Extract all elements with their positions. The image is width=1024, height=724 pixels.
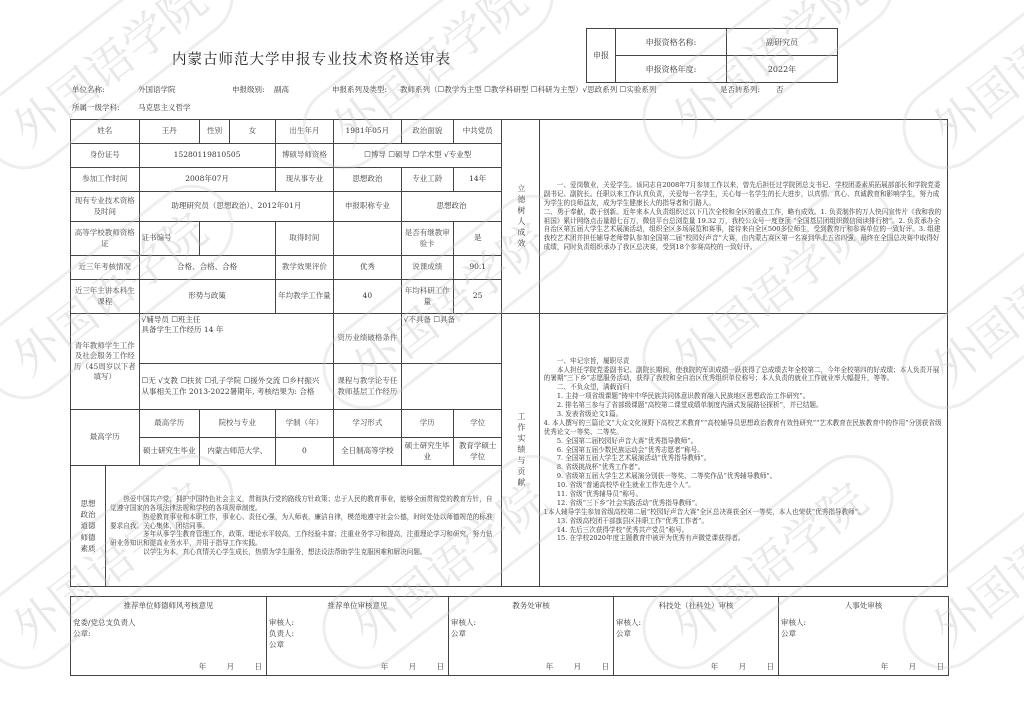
edu-value: 教育学硕士学位 (454, 438, 502, 466)
approval-field: 审核人: (269, 617, 446, 628)
achievement-line: 12. 省级“三下乡”社会实践活动“优秀指导教师”。 (544, 499, 943, 508)
achievement-line: 4. 本人撰写的三篇论文“大众文化视野下高校艺术教育”“高校辅导员思想政治教育有… (544, 419, 943, 437)
qualification-year-label: 申报资格年度: (616, 56, 727, 83)
achievements-label-cell: 工作实绩与贡献 (502, 314, 539, 587)
continuing-label: 是否有继教审验卡 (401, 222, 453, 256)
approval-cell: 推荐单位审核意见审核人:负责人:公章年 月 日 (267, 597, 449, 676)
current-title-label: 现有专业技术资格及时间 (71, 192, 140, 222)
discipline-value: 马克思主义哲学 (138, 102, 191, 113)
achievements-label: 工作实绩与贡献 (515, 412, 526, 489)
moral-paragraph: 热爱中国共产党，拥护中国特色社会主义，贯彻执行党的路线方针政策；忠于人民的教育事… (110, 495, 497, 513)
birth-value: 1981年05月 (334, 120, 402, 144)
edu-value: 硕士研究生毕业 (139, 438, 199, 466)
approval-field: 公章 (781, 628, 946, 639)
grassroots-label: 课程与教学论专任教师基层工作经历 (334, 364, 402, 410)
achievement-line: 10. 省级“普通高校毕业生就业工作先进个人”。 (544, 481, 943, 490)
achievement-line: 8. 省级挑战杯“优秀工作者”。 (544, 463, 943, 472)
work-start-label: 参加工作时间 (71, 168, 140, 192)
approval-field: 公章: (73, 628, 264, 639)
approval-field: 审核人: (451, 617, 611, 628)
moral-paragraph: 热爱教育事业和本职工作，事业心、责任心强，为人师表，廉洁自律，模范地遵守社会公德… (110, 513, 497, 531)
edu-value: 0 (275, 438, 333, 466)
approval-field: 公章 (269, 639, 446, 650)
edu-header: 学习形式 (334, 410, 402, 438)
approval-title: 科技处（社科处）审核 (616, 600, 776, 611)
lide-paragraph: 二、勇于奉献，敢于创新。近年来本人负责组织过以下几次全校和全区的重点工作，略有成… (544, 208, 943, 252)
achievement-line: 15. 在学校2020年度主题教育中被评为优秀有声微党课获得者。 (544, 534, 943, 543)
lide-content: 一、爱岗敬业，关爱学生。该同志自2008年7月参加工作以来，曾先后担任过学院团总… (539, 120, 947, 314)
gender-label: 性别 (200, 120, 230, 144)
achievement-line: 二、不负众望，满载而归 (544, 383, 943, 392)
political-label: 政治面貌 (401, 120, 453, 144)
years-value: 14年 (454, 168, 502, 192)
apply-major-label: 申报职称专业 (334, 192, 402, 222)
student-work-value: √辅导员 ☐班主任 (142, 315, 332, 325)
edu-header: 学制（年） (275, 410, 333, 438)
achievement-line: 1. 主持一项省级课题“铸牢中华民族共同体意识教育融入民族地区思想政治工作研究”… (544, 392, 943, 401)
student-years-value: 具备学生工作经历 14 年 (142, 325, 332, 335)
achievement-line: 11. 省级“优秀辅导员”称号。 (544, 490, 943, 499)
major-value: 思想政治 (334, 168, 402, 192)
approval-field: 负责人: (269, 628, 446, 639)
service-value: ☐无 √支教 ☐扶贫 ☐孔子学院 ☐援外交流 ☐乡村振兴 (142, 376, 332, 386)
approval-title: 推荐单位审核意见 (269, 600, 446, 611)
lide-label-cell: 立德树人成效 (502, 120, 539, 314)
major-label: 现从事专业 (275, 168, 333, 192)
moral-paragraph: 多年从事学生教育管理工作，政策、理论水平较高，工作经验丰富；注重业务学习和提高，… (110, 530, 497, 548)
edu-header: 院校与专业 (200, 410, 276, 438)
birth-label: 出生年月 (275, 120, 333, 144)
cert-no-label: 证书编号 (139, 222, 199, 256)
exception-label: 资历业绩破格条件 (334, 314, 402, 364)
current-title-value: 助理研究员（思想政治）、2012年01月 (139, 192, 334, 222)
edu-header: 最高学历 (139, 410, 199, 438)
cert-label: 高等学校教师资格证 (71, 222, 140, 256)
approval-field: 公章 (616, 628, 776, 639)
grassroots-value (401, 364, 502, 410)
student-work-cell: √辅导员 ☐班主任 具备学生工作经历 14 年 (139, 314, 334, 364)
shenbao-side-label: 申报 (587, 29, 616, 83)
youth-label: 青年教师学生工作及社会服务工作经历（45周岁以下者填写） (71, 314, 140, 410)
teach-load-value: 40 (334, 280, 402, 314)
cert-no-value (200, 222, 276, 256)
unit-label: 单位名称: (72, 84, 105, 95)
moral-label: 思想政治道德师德素质 (80, 498, 96, 554)
application-box: 申报 申报资格名称: 副研究员 申报资格年度: 2022年 (586, 28, 838, 83)
level-label: 申报级别: (232, 84, 265, 95)
approval-cell: 教务处审核审核人:公章年 月 日 (449, 597, 614, 676)
approval-title: 推荐单位师德师风考核意见 (73, 600, 264, 611)
approval-date: 年 月 日 (381, 661, 444, 672)
name-value: 王丹 (139, 120, 199, 144)
id-label: 身份证号 (71, 144, 140, 168)
edu-header: 学位 (454, 410, 502, 438)
course-value: 形势与政策 (139, 280, 275, 314)
assess-value: 合格、合格、合格 (139, 256, 275, 280)
approval-date: 年 月 日 (881, 661, 944, 672)
qualification-name-label: 申报资格名称: (616, 29, 727, 56)
lecture-label: 说课成绩 (401, 256, 453, 280)
education-label: 最高学历 (71, 410, 140, 466)
page-title: 内蒙古师范大学申报专业技术资格送审表 (172, 48, 451, 69)
achievement-line: 13. 省级高校团干部旗县区挂职工作“优秀工作者”。 (544, 517, 943, 526)
years-label: 专业工龄 (401, 168, 453, 192)
achievement-line: 2. 排名第三参与了省部级课题“高校第二课堂成绩单制度内涵式发展路径探析”，并已… (544, 401, 943, 410)
series-label: 申报系列及类型: (332, 84, 387, 95)
approval-field: 审核人: (616, 617, 776, 628)
edu-value: 内蒙古师范大学、 (200, 438, 276, 466)
achievements-content: 一、牢记宗旨，履职尽责本人担任学院党委副书记、副院长期间，使我院的军训成绩一跃获… (539, 314, 947, 587)
edu-value: 全日制高等学校 (334, 438, 402, 466)
unit-value: 外国语学院 (138, 84, 176, 95)
achievement-line: 本人担任学院党委副书记、副院长期间，使我院的军训成绩一跃获得了总成绩去年全校第二… (544, 366, 943, 384)
gender-value: 女 (230, 120, 275, 144)
discipline-label: 所属一级学科: (72, 102, 120, 113)
achievement-line: 1本人辅导学生参加省级高校第二届“校园好声音大赛”全区总决赛获全区一等奖，本人也… (544, 508, 943, 517)
continuing-value: 是 (454, 222, 502, 256)
service-cell: ☐无 √支教 ☐扶贫 ☐孔子学院 ☐援外交流 ☐乡村振兴 从事相关工作 2013… (139, 364, 334, 410)
course-label: 近三年主讲本科生课程 (71, 280, 140, 314)
approval-table: 推荐单位师德师风考核意见党委/党总支负责人公章:年 月 日推荐单位审核意见审核人… (70, 596, 949, 676)
moral-content: 热爱中国共产党，拥护中国特色社会主义，贯彻执行党的路线方针政策；忠于人民的教育事… (106, 466, 502, 586)
exception-value: √不具备 ☐具备 (401, 314, 502, 364)
main-form-table: 姓名 王丹 性别 女 出生年月 1981年05月 政治面貌 中共党员 立德树人成… (70, 119, 948, 587)
approval-field: 党委/党总支负责人 (73, 617, 264, 628)
lide-paragraph: 一、爱岗敬业，关爱学生。该同志自2008年7月参加工作以来，曾先后担任过学院团总… (544, 181, 943, 208)
supervisor-label: 博硕导师资格 (275, 144, 333, 168)
teach-load-label: 年均教学工作量 (275, 280, 333, 314)
lecture-value: 90.1 (454, 256, 502, 280)
cert-time-label: 取得时间 (275, 222, 333, 256)
level-value: 副高 (274, 84, 289, 95)
approval-cell: 推荐单位师德师风考核意见党委/党总支负责人公章:年 月 日 (71, 597, 267, 676)
moral-cell: 思想政治道德师德素质 热爱中国共产党，拥护中国特色社会主义，贯彻执行党的路线方针… (71, 466, 502, 587)
series-value: 教师系列（☐教学为主型 ☐教学科研型 ☐科研为主型）√思政系列 ☐实验系列 (400, 84, 656, 95)
qualification-name-value: 副研究员 (727, 29, 838, 56)
apply-major-value: 思想政治 (401, 192, 502, 222)
achievement-line: 一、牢记宗旨，履职尽责 (544, 357, 943, 366)
work-start-value: 2008年07月 (139, 168, 275, 192)
teach-eval-label: 教学效果评价 (275, 256, 333, 280)
achievement-line: 9. 省级第五届大学生艺术展演分别获一等奖、二等奖作品“优秀辅导教师”。 (544, 472, 943, 481)
teach-eval-value: 优秀 (334, 256, 402, 280)
assess-label: 近三年考核情况 (71, 256, 140, 280)
approval-date: 年 月 日 (546, 661, 609, 672)
approval-cell: 人事处审核审核人:公章年 月 日 (779, 597, 949, 676)
lide-label: 立德树人成效 (515, 184, 526, 250)
moral-paragraph: 以学生为本，真心真情关心学生成长，热情为学生服务，想法设法帮助学生克服困难和解决… (110, 548, 497, 557)
achievement-line: 3. 发表省级论文1篇。 (544, 410, 943, 419)
name-label: 姓名 (71, 120, 140, 144)
approval-date: 年 月 日 (199, 661, 262, 672)
supervisor-value: ☐博导 ☐硕导 ☐学术型 √专业型 (334, 144, 502, 168)
qualification-year-value: 2022年 (727, 56, 838, 83)
id-value: 15280119810505 (139, 144, 275, 168)
approval-title: 人事处审核 (781, 600, 946, 611)
moral-label-cell: 思想政治道德师德素质 (71, 466, 106, 586)
cert-time-value (334, 222, 402, 256)
edu-value: 硕士研究生毕业 (401, 438, 453, 466)
research-load-value: 25 (454, 280, 502, 314)
political-value: 中共党员 (454, 120, 502, 144)
approval-date: 年 月 日 (711, 661, 774, 672)
achievement-line: 5. 全国第二届校园好声音大赛“优秀指导教师”。 (544, 437, 943, 446)
achievement-line: 7. 全国第五届大学生艺术展演活动“优秀指导教师”。 (544, 454, 943, 463)
service-detail: 从事相关工作 2013-2022暑期年, 考核结果为: 合格 (142, 387, 332, 397)
approval-cell: 科技处（社科处）审核审核人:公章年 月 日 (614, 597, 779, 676)
approval-field: 公章 (451, 628, 611, 639)
transfer-label: 是否转系列: (720, 84, 760, 95)
edu-header: 学历 (401, 410, 453, 438)
approval-field: 审核人: (781, 617, 946, 628)
transfer-value: 否 (776, 84, 784, 95)
approval-title: 教务处审核 (451, 600, 611, 611)
research-load-label: 年均科研工作量 (401, 280, 453, 314)
